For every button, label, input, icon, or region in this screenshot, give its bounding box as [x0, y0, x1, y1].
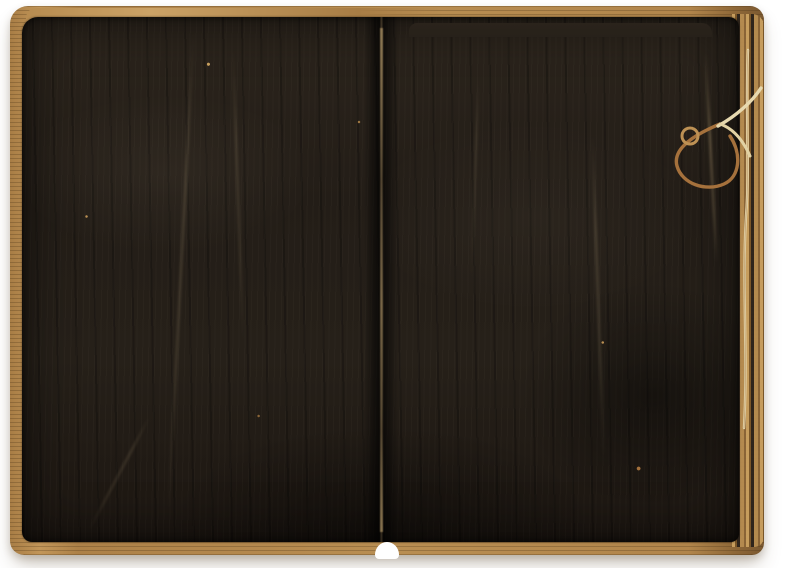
- gutter-notch: [375, 542, 399, 559]
- cover-spread: [22, 17, 739, 542]
- tie-string-cross: [718, 88, 761, 126]
- tie-string-tail: [720, 124, 750, 156]
- photo-background: [0, 0, 800, 568]
- book-spread: [10, 6, 764, 555]
- left-cover-crease: [167, 31, 194, 510]
- left-cover-diagonal-crease: [88, 416, 151, 532]
- right-cover-crease: [471, 77, 480, 277]
- right-cover-crease: [591, 137, 604, 457]
- left-cover-crease: [232, 47, 244, 347]
- spine-gutter-worn-line: [380, 28, 383, 532]
- right-cover-top-edge: [409, 23, 712, 37]
- tie-string-loop: [676, 124, 737, 187]
- tie-string: [660, 36, 780, 436]
